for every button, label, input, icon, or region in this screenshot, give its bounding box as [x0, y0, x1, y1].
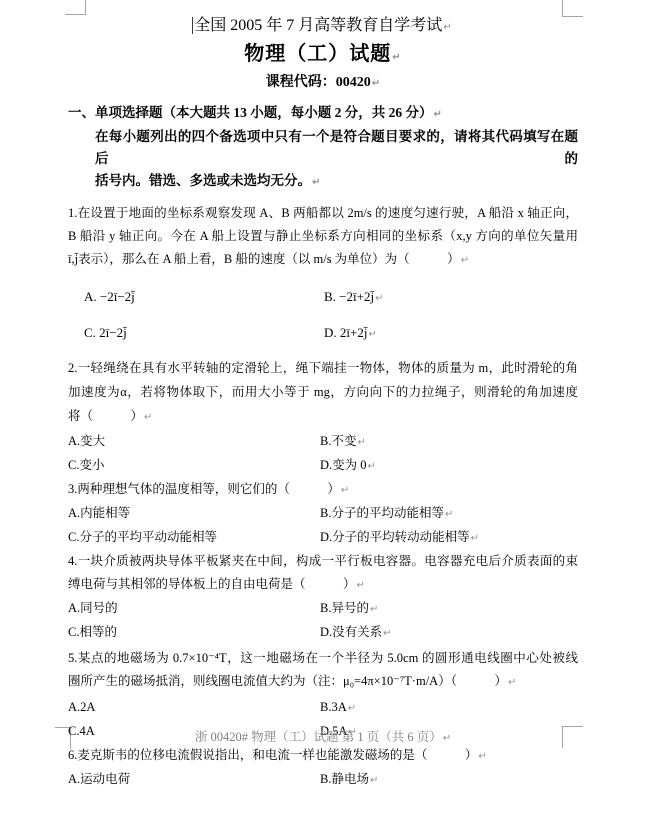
paper-title: 物理（工）试题↵ [68, 40, 578, 72]
section-heading-text: 一、单项选择题（本大题共 13 小题，每小题 2 分，共 26 分） [68, 105, 433, 120]
options-row: A.2A B.3A↵ [68, 696, 578, 720]
paragraph-mark-icon: ↵ [368, 329, 376, 340]
options-row: A. −2ī−2j̄ B. −2ī+2j̄↵ [68, 280, 578, 316]
question-2-stem-line-3: 将（ ）↵ [68, 404, 578, 430]
options-row: A.运动电荷 B.静电场↵ [68, 768, 578, 792]
document-page: 全国 2005 年 7 月高等教育自学考试↵ 物理（工）试题↵ 课程代码：004… [0, 0, 646, 819]
option-b-text: B.静电场 [320, 772, 369, 786]
option-b: B.异号的↵ [320, 597, 378, 621]
option-b: B.3A↵ [320, 696, 356, 720]
option-d: D.分子的平均转动动能相等↵ [320, 526, 479, 550]
option-d: D. 2ī+2j̄↵ [324, 316, 377, 352]
paragraph-mark-icon: ↵ [443, 733, 451, 744]
paragraph-mark-icon: ↵ [508, 677, 516, 688]
option-d: D.没有关系↵ [320, 621, 392, 645]
question-2-stem-line-2: 加速度为α，若将物体取下，而用大小等于 mg，方向向下的力拉绳子，则滑轮的角加速… [68, 380, 578, 404]
question-4-stem-line-2-text: 缚电荷与其相邻的导体板上的自由电荷是（ ） [68, 577, 356, 591]
option-a: A.内能相等 [68, 502, 320, 526]
option-d-text: D. 2ī+2j̄ [324, 325, 367, 340]
option-d-text: D.没有关系 [320, 625, 382, 639]
text-cursor-caret [192, 17, 193, 34]
question-1-stem-line-1: 1.在设置于地面的坐标系观察发现 A、B 两船都以 2m/s 的速度匀速行驶，A… [68, 202, 578, 225]
paragraph-mark-icon: ↵ [370, 604, 378, 615]
option-b-text: B.不变 [320, 434, 356, 448]
section-instruction-line-2-text: 括号内。错选、多选或未选均无分。 [95, 173, 311, 188]
paper-title-text: 物理（工）试题 [244, 43, 391, 65]
question-4-stem-line-1: 4.一块介质被两块导体平板紧夹在中间，构成一平行板电容器。电容器充电后介质表面的… [68, 550, 578, 573]
options-row: A.内能相等 B.分子的平均动能相等↵ [68, 502, 578, 526]
section-heading: 一、单项选择题（本大题共 13 小题，每小题 2 分，共 26 分）↵ [68, 102, 578, 126]
option-b: B.静电场↵ [320, 768, 378, 792]
question-5-stem-line-2-text: 圈所产生的磁场抵消，则线圈电流值大约为（注：μ₀=4π×10⁻⁷T·m/A）（ … [68, 674, 507, 688]
page-footer-text: 浙 00420# 物理（工）试题 第 1 页（共 6 页） [195, 730, 442, 744]
paragraph-mark-icon: ↵ [144, 412, 152, 423]
paragraph-mark-icon: ↵ [375, 293, 383, 304]
question-1-stem-line-3-text: ī,j̄表示），那么在 A 船上看，B 船的速度（以 m/s 为单位）为（ ） [68, 252, 460, 266]
paragraph-mark-icon: ↵ [370, 775, 378, 786]
option-c: C.变小 [68, 454, 320, 478]
paragraph-mark-icon: ↵ [392, 52, 401, 63]
paragraph-mark-icon: ↵ [434, 109, 442, 120]
paragraph-mark-icon: ↵ [461, 255, 469, 266]
paragraph-mark-icon: ↵ [341, 485, 349, 496]
option-a: A.运动电荷 [68, 768, 320, 792]
question-6-stem-text: 6.麦克斯韦的位移电流假说指出，和电流一样也能激发磁场的是（ ） [68, 748, 477, 762]
section-instruction-line-2: 括号内。错选、多选或未选均无分。↵ [68, 170, 578, 194]
option-d-text: D.变为 0 [320, 458, 367, 472]
question-4-stem-line-2: 缚电荷与其相邻的导体板上的自由电荷是（ ）↵ [68, 573, 578, 597]
option-c: C.相等的 [68, 621, 320, 645]
page-footer: 浙 00420# 物理（工）试题 第 1 页（共 6 页）↵ [0, 727, 646, 749]
paragraph-mark-icon: ↵ [445, 509, 453, 520]
option-b: B.不变↵ [320, 430, 366, 454]
crop-mark-top-left [65, 0, 86, 15]
question-2-stem-line-1: 2.一轻绳绕在具有水平转轴的定滑轮上，绳下端挂一物体，物体的质量为 m，此时滑轮… [68, 356, 578, 380]
options-row: C. 2ī−2j̄ D. 2ī+2j̄↵ [68, 316, 578, 352]
question-4: 4.一块介质被两块导体平板紧夹在中间，构成一平行板电容器。电容器充电后介质表面的… [68, 550, 578, 645]
option-b-text: B. −2ī+2j̄ [324, 289, 374, 304]
option-b-text: B.分子的平均动能相等 [320, 506, 444, 520]
question-5-stem-line-2: 圈所产生的磁场抵消，则线圈电流值大约为（注：μ₀=4π×10⁻⁷T·m/A）（ … [68, 670, 578, 694]
option-c: C. 2ī−2j̄ [84, 316, 324, 352]
question-1-options: A. −2ī−2j̄ B. −2ī+2j̄↵ C. 2ī−2j̄ D. 2ī+2… [68, 280, 578, 352]
question-2: 2.一轻绳绕在具有水平转轴的定滑轮上，绳下端挂一物体，物体的质量为 m，此时滑轮… [68, 356, 578, 478]
paragraph-mark-icon: ↵ [357, 580, 365, 591]
options-row: C.分子的平均平动动能相等 D.分子的平均转动动能相等↵ [68, 526, 578, 550]
question-3-stem-text: 3.两种理想气体的温度相等，则它们的（ ） [68, 482, 340, 496]
paragraph-mark-icon: ↵ [471, 533, 479, 544]
paragraph-mark-icon: ↵ [312, 177, 320, 188]
exam-title-text: 全国 2005 年 7 月高等教育自学考试 [194, 17, 442, 34]
options-row: A.变大 B.不变↵ [68, 430, 578, 454]
option-b: B.分子的平均动能相等↵ [320, 502, 453, 526]
options-row: C.变小 D.变为 0↵ [68, 454, 578, 478]
question-5-stem-line-1: 5.某点的地磁场为 0.7×10⁻⁴T，这一地磁场在一个半径为 5.0cm 的圆… [68, 647, 578, 670]
paragraph-mark-icon: ↵ [368, 461, 376, 472]
paragraph-mark-icon: ↵ [348, 703, 356, 714]
course-code-text: 课程代码：00420 [266, 75, 371, 90]
paragraph-mark-icon: ↵ [357, 437, 365, 448]
question-1-stem-line-3: ī,j̄表示），那么在 A 船上看，B 船的速度（以 m/s 为单位）为（ ）↵ [68, 248, 578, 272]
paragraph-mark-icon: ↵ [478, 751, 486, 762]
course-code: 课程代码：00420↵ [68, 72, 578, 95]
option-b-text: B.异号的 [320, 601, 369, 615]
option-a: A.变大 [68, 430, 320, 454]
question-3-stem-line-1: 3.两种理想气体的温度相等，则它们的（ ）↵ [68, 478, 578, 502]
paragraph-mark-icon: ↵ [383, 628, 391, 639]
options-row: C.相等的 D.没有关系↵ [68, 621, 578, 645]
question-2-stem-line-3-text: 将（ ） [68, 409, 143, 423]
option-d: D.变为 0↵ [320, 454, 376, 478]
paragraph-mark-icon: ↵ [443, 22, 451, 33]
option-c: C.分子的平均平动动能相等 [68, 526, 320, 550]
exam-title: 全国 2005 年 7 月高等教育自学考试↵ [68, 14, 578, 40]
section-instruction-line-1: 在每小题列出的四个备选项中只有一个是符合题目要求的，请将其代码填写在题后的 [68, 126, 578, 170]
paragraph-mark-icon: ↵ [372, 78, 380, 89]
question-3: 3.两种理想气体的温度相等，则它们的（ ）↵ A.内能相等 B.分子的平均动能相… [68, 478, 578, 550]
option-b: B. −2ī+2j̄↵ [324, 280, 383, 316]
option-d-text: D.分子的平均转动动能相等 [320, 530, 470, 544]
question-1: 1.在设置于地面的坐标系观察发现 A、B 两船都以 2m/s 的速度匀速行驶，A… [68, 202, 578, 352]
option-a: A.2A [68, 696, 320, 720]
option-a: A.同号的 [68, 597, 320, 621]
option-b-text: B.3A [320, 700, 347, 714]
option-a: A. −2ī−2j̄ [84, 280, 324, 316]
options-row: A.同号的 B.异号的↵ [68, 597, 578, 621]
question-1-stem-line-2: B 船沿 y 轴正向。今在 A 船上设置与静止坐标系方向相同的坐标系（x,y 方… [68, 225, 578, 248]
question-6: 6.麦克斯韦的位移电流假说指出，和电流一样也能激发磁场的是（ ）↵ A.运动电荷… [68, 744, 578, 792]
page-content: 全国 2005 年 7 月高等教育自学考试↵ 物理（工）试题↵ 课程代码：004… [68, 14, 578, 792]
